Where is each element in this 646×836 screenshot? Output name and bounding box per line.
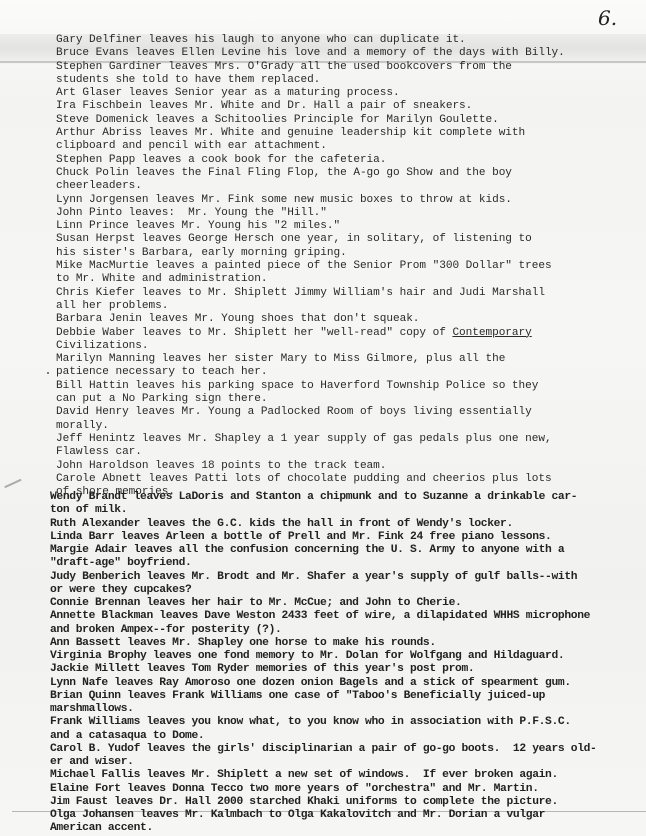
entry-continuation-line: patience necessary to teach her. — [92, 366, 565, 379]
entry-line: Jeff Henintz leaves Mr. Shapley a 1 year… — [92, 433, 565, 446]
entry-continuation-line: Civilizations. — [92, 340, 565, 353]
entry-line: Barbara Jenin leaves Mr. Young shoes tha… — [92, 313, 565, 326]
entry-line: Linda Barr leaves Arleen a bottle of Pre… — [86, 531, 597, 544]
bequest-list-second-typeface: Wendy Brandt leaves LaDoris and Stanton … — [50, 491, 597, 836]
entry-line: Ann Bassett leaves Mr. Shapley one horse… — [86, 637, 597, 650]
bequest-entry: Olga Johansen leaves Mr. Kalmbach to Olg… — [50, 809, 597, 836]
entry-continuation-line: or were they cupcakes? — [86, 584, 597, 597]
entry-line: Lynn Nafe leaves Ray Amoroso one dozen o… — [86, 677, 597, 690]
stray-mark — [47, 372, 49, 374]
entry-line: Gary Delfiner leaves his laugh to anyone… — [92, 34, 565, 47]
bequest-entry: Brian Quinn leaves Frank Williams one ca… — [50, 690, 597, 717]
bequest-entry: Gary Delfiner leaves his laugh to anyone… — [56, 34, 565, 47]
entry-continuation-line: can put a No Parking sign there. — [92, 393, 565, 406]
bequest-entry: Jim Faust leaves Dr. Hall 2000 starched … — [50, 796, 597, 809]
entry-continuation-line: morally. — [92, 420, 565, 433]
entry-line: Carol B. Yudof leaves the girls' discipl… — [86, 743, 597, 756]
entry-line: Wendy Brandt leaves LaDoris and Stanton … — [86, 491, 597, 504]
entry-continuation-line: er and wiser. — [86, 756, 597, 769]
bequest-entry: Steve Domenick leaves a Schitoolies Prin… — [56, 114, 565, 127]
bequest-entry: John Pinto leaves: Mr. Young the "Hill." — [56, 207, 565, 220]
entry-line: Margie Adair leaves all the confusion co… — [86, 544, 597, 557]
entry-continuation-line: and a catasaqua to Dome. — [86, 730, 597, 743]
bequest-entry: Lynn Nafe leaves Ray Amoroso one dozen o… — [50, 677, 597, 690]
bequest-entry: Bruce Evans leaves Ellen Levine his love… — [56, 47, 565, 60]
document-page: 6. Gary Delfiner leaves his laugh to any… — [0, 0, 646, 836]
bequest-entry: Debbie Waber leaves to Mr. Shiplett her … — [56, 327, 565, 354]
bequest-entry: Virginia Brophy leaves one fond memory t… — [50, 650, 597, 663]
bequest-entry: Margie Adair leaves all the confusion co… — [50, 544, 597, 571]
entry-continuation-line: American accent. — [86, 822, 597, 835]
entry-line: Virginia Brophy leaves one fond memory t… — [86, 650, 597, 663]
entry-line: Olga Johansen leaves Mr. Kalmbach to Olg… — [86, 809, 597, 822]
entry-line: Debbie Waber leaves to Mr. Shiplett her … — [92, 327, 565, 340]
entry-line: David Henry leaves Mr. Young a Padlocked… — [92, 406, 565, 419]
entry-line: Linn Prince leaves Mr. Young his "2 mile… — [92, 220, 565, 233]
entry-line: Stephen Papp leaves a cook book for the … — [92, 154, 565, 167]
entry-line: Chuck Polin leaves the Final Fling Flop,… — [92, 167, 565, 180]
entry-line: Ira Fischbein leaves Mr. White and Dr. H… — [92, 100, 565, 113]
bequest-entry: Susan Herpst leaves George Hersch one ye… — [56, 233, 565, 260]
entry-line: Bruce Evans leaves Ellen Levine his love… — [92, 47, 565, 60]
entry-line: Steve Domenick leaves a Schitoolies Prin… — [92, 114, 565, 127]
bequest-entry: Annette Blackman leaves Dave Weston 2433… — [50, 610, 597, 637]
entry-continuation-line: "draft-age" boyfriend. — [86, 557, 597, 570]
entry-continuation-line: students she told to have them replaced. — [92, 74, 565, 87]
entry-continuation-line: marshmallows. — [86, 703, 597, 716]
bequest-entry: John Haroldson leaves 18 points to the t… — [56, 460, 565, 473]
entry-continuation-line: and broken Ampex--for posterity (?). — [86, 624, 597, 637]
bequest-entry: Linn Prince leaves Mr. Young his "2 mile… — [56, 220, 565, 233]
bequest-entry: Marilyn Manning leaves her sister Mary t… — [56, 353, 565, 380]
entry-line: Carole Abnett leaves Patti lots of choco… — [92, 473, 565, 486]
bequest-entry: Mike MacMurtie leaves a painted piece of… — [56, 260, 565, 287]
entry-line: Mike MacMurtie leaves a painted piece of… — [92, 260, 565, 273]
bequest-entry: Barbara Jenin leaves Mr. Young shoes tha… — [56, 313, 565, 326]
bequest-entry: Judy Benberich leaves Mr. Brodt and Mr. … — [50, 571, 597, 598]
bequest-entry: Art Glaser leaves Senior year as a matur… — [56, 87, 565, 100]
entry-line: Annette Blackman leaves Dave Weston 2433… — [86, 610, 597, 623]
bequest-entry: Michael Fallis leaves Mr. Shiplett a new… — [50, 769, 597, 782]
underlined-title: Contemporary — [452, 327, 531, 339]
bequest-entry: Carol B. Yudof leaves the girls' discipl… — [50, 743, 597, 770]
entry-continuation-line: cheerleaders. — [92, 180, 565, 193]
bequest-entry: Arthur Abriss leaves Mr. White and genui… — [56, 127, 565, 154]
bequest-entry: Linda Barr leaves Arleen a bottle of Pre… — [50, 531, 597, 544]
entry-line: Jim Faust leaves Dr. Hall 2000 starched … — [86, 796, 597, 809]
bequest-entry: Ruth Alexander leaves the G.C. kids the … — [50, 518, 597, 531]
entry-line: Art Glaser leaves Senior year as a matur… — [92, 87, 565, 100]
bequest-entry: Stephen Papp leaves a cook book for the … — [56, 154, 565, 167]
entry-line: Michael Fallis leaves Mr. Shiplett a new… — [86, 769, 597, 782]
bequest-entry: Chris Kiefer leaves to Mr. Shiplett Jimm… — [56, 287, 565, 314]
entry-line: Chris Kiefer leaves to Mr. Shiplett Jimm… — [92, 287, 565, 300]
pen-mark — [4, 479, 25, 497]
entry-continuation-line: ton of milk. — [86, 504, 597, 517]
entry-line: Susan Herpst leaves George Hersch one ye… — [92, 233, 565, 246]
bequest-list-typewriter: Gary Delfiner leaves his laugh to anyone… — [56, 34, 565, 499]
bequest-entry: David Henry leaves Mr. Young a Padlocked… — [56, 406, 565, 433]
entry-line: Jackie Millett leaves Tom Ryder memories… — [86, 663, 597, 676]
entry-continuation-line: all her problems. — [92, 300, 565, 313]
entry-line: Bill Hattin leaves his parking space to … — [92, 380, 565, 393]
entry-continuation-line: to Mr. White and administration. — [92, 273, 565, 286]
bequest-entry: Connie Brennan leaves her hair to Mr. Mc… — [50, 597, 597, 610]
entry-continuation-line: his sister's Barbara, early morning grip… — [92, 247, 565, 260]
entry-continuation-line: clipboard and pencil with ear attachment… — [92, 140, 565, 153]
entry-line: Frank Williams leaves you know what, to … — [86, 716, 597, 729]
entry-continuation-line: Flawless car. — [92, 446, 565, 459]
entry-line: Marilyn Manning leaves her sister Mary t… — [92, 353, 565, 366]
bequest-entry: Stephen Gardiner leaves Mrs. O'Grady all… — [56, 61, 565, 88]
entry-line: Brian Quinn leaves Frank Williams one ca… — [86, 690, 597, 703]
entry-line: John Haroldson leaves 18 points to the t… — [92, 460, 565, 473]
bequest-entry: Chuck Polin leaves the Final Fling Flop,… — [56, 167, 565, 194]
bequest-entry: Jeff Henintz leaves Mr. Shapley a 1 year… — [56, 433, 565, 460]
entry-line: Ruth Alexander leaves the G.C. kids the … — [86, 518, 597, 531]
bequest-entry: Ann Bassett leaves Mr. Shapley one horse… — [50, 637, 597, 650]
entry-line: Connie Brennan leaves her hair to Mr. Mc… — [86, 597, 597, 610]
entry-line: Lynn Jorgensen leaves Mr. Fink some new … — [92, 194, 565, 207]
page-number: 6. — [598, 6, 617, 30]
bequest-entry: Jackie Millett leaves Tom Ryder memories… — [50, 663, 597, 676]
entry-line: Elaine Fort leaves Donna Tecco two more … — [86, 783, 597, 796]
entry-line: Arthur Abriss leaves Mr. White and genui… — [92, 127, 565, 140]
entry-line: Stephen Gardiner leaves Mrs. O'Grady all… — [92, 61, 565, 74]
entry-line: Judy Benberich leaves Mr. Brodt and Mr. … — [86, 571, 597, 584]
bequest-entry: Frank Williams leaves you know what, to … — [50, 716, 597, 743]
entry-line: John Pinto leaves: Mr. Young the "Hill." — [92, 207, 565, 220]
bequest-entry: Ira Fischbein leaves Mr. White and Dr. H… — [56, 100, 565, 113]
bequest-entry: Bill Hattin leaves his parking space to … — [56, 380, 565, 407]
bequest-entry: Wendy Brandt leaves LaDoris and Stanton … — [50, 491, 597, 518]
bequest-entry: Lynn Jorgensen leaves Mr. Fink some new … — [56, 194, 565, 207]
bequest-entry: Elaine Fort leaves Donna Tecco two more … — [50, 783, 597, 796]
